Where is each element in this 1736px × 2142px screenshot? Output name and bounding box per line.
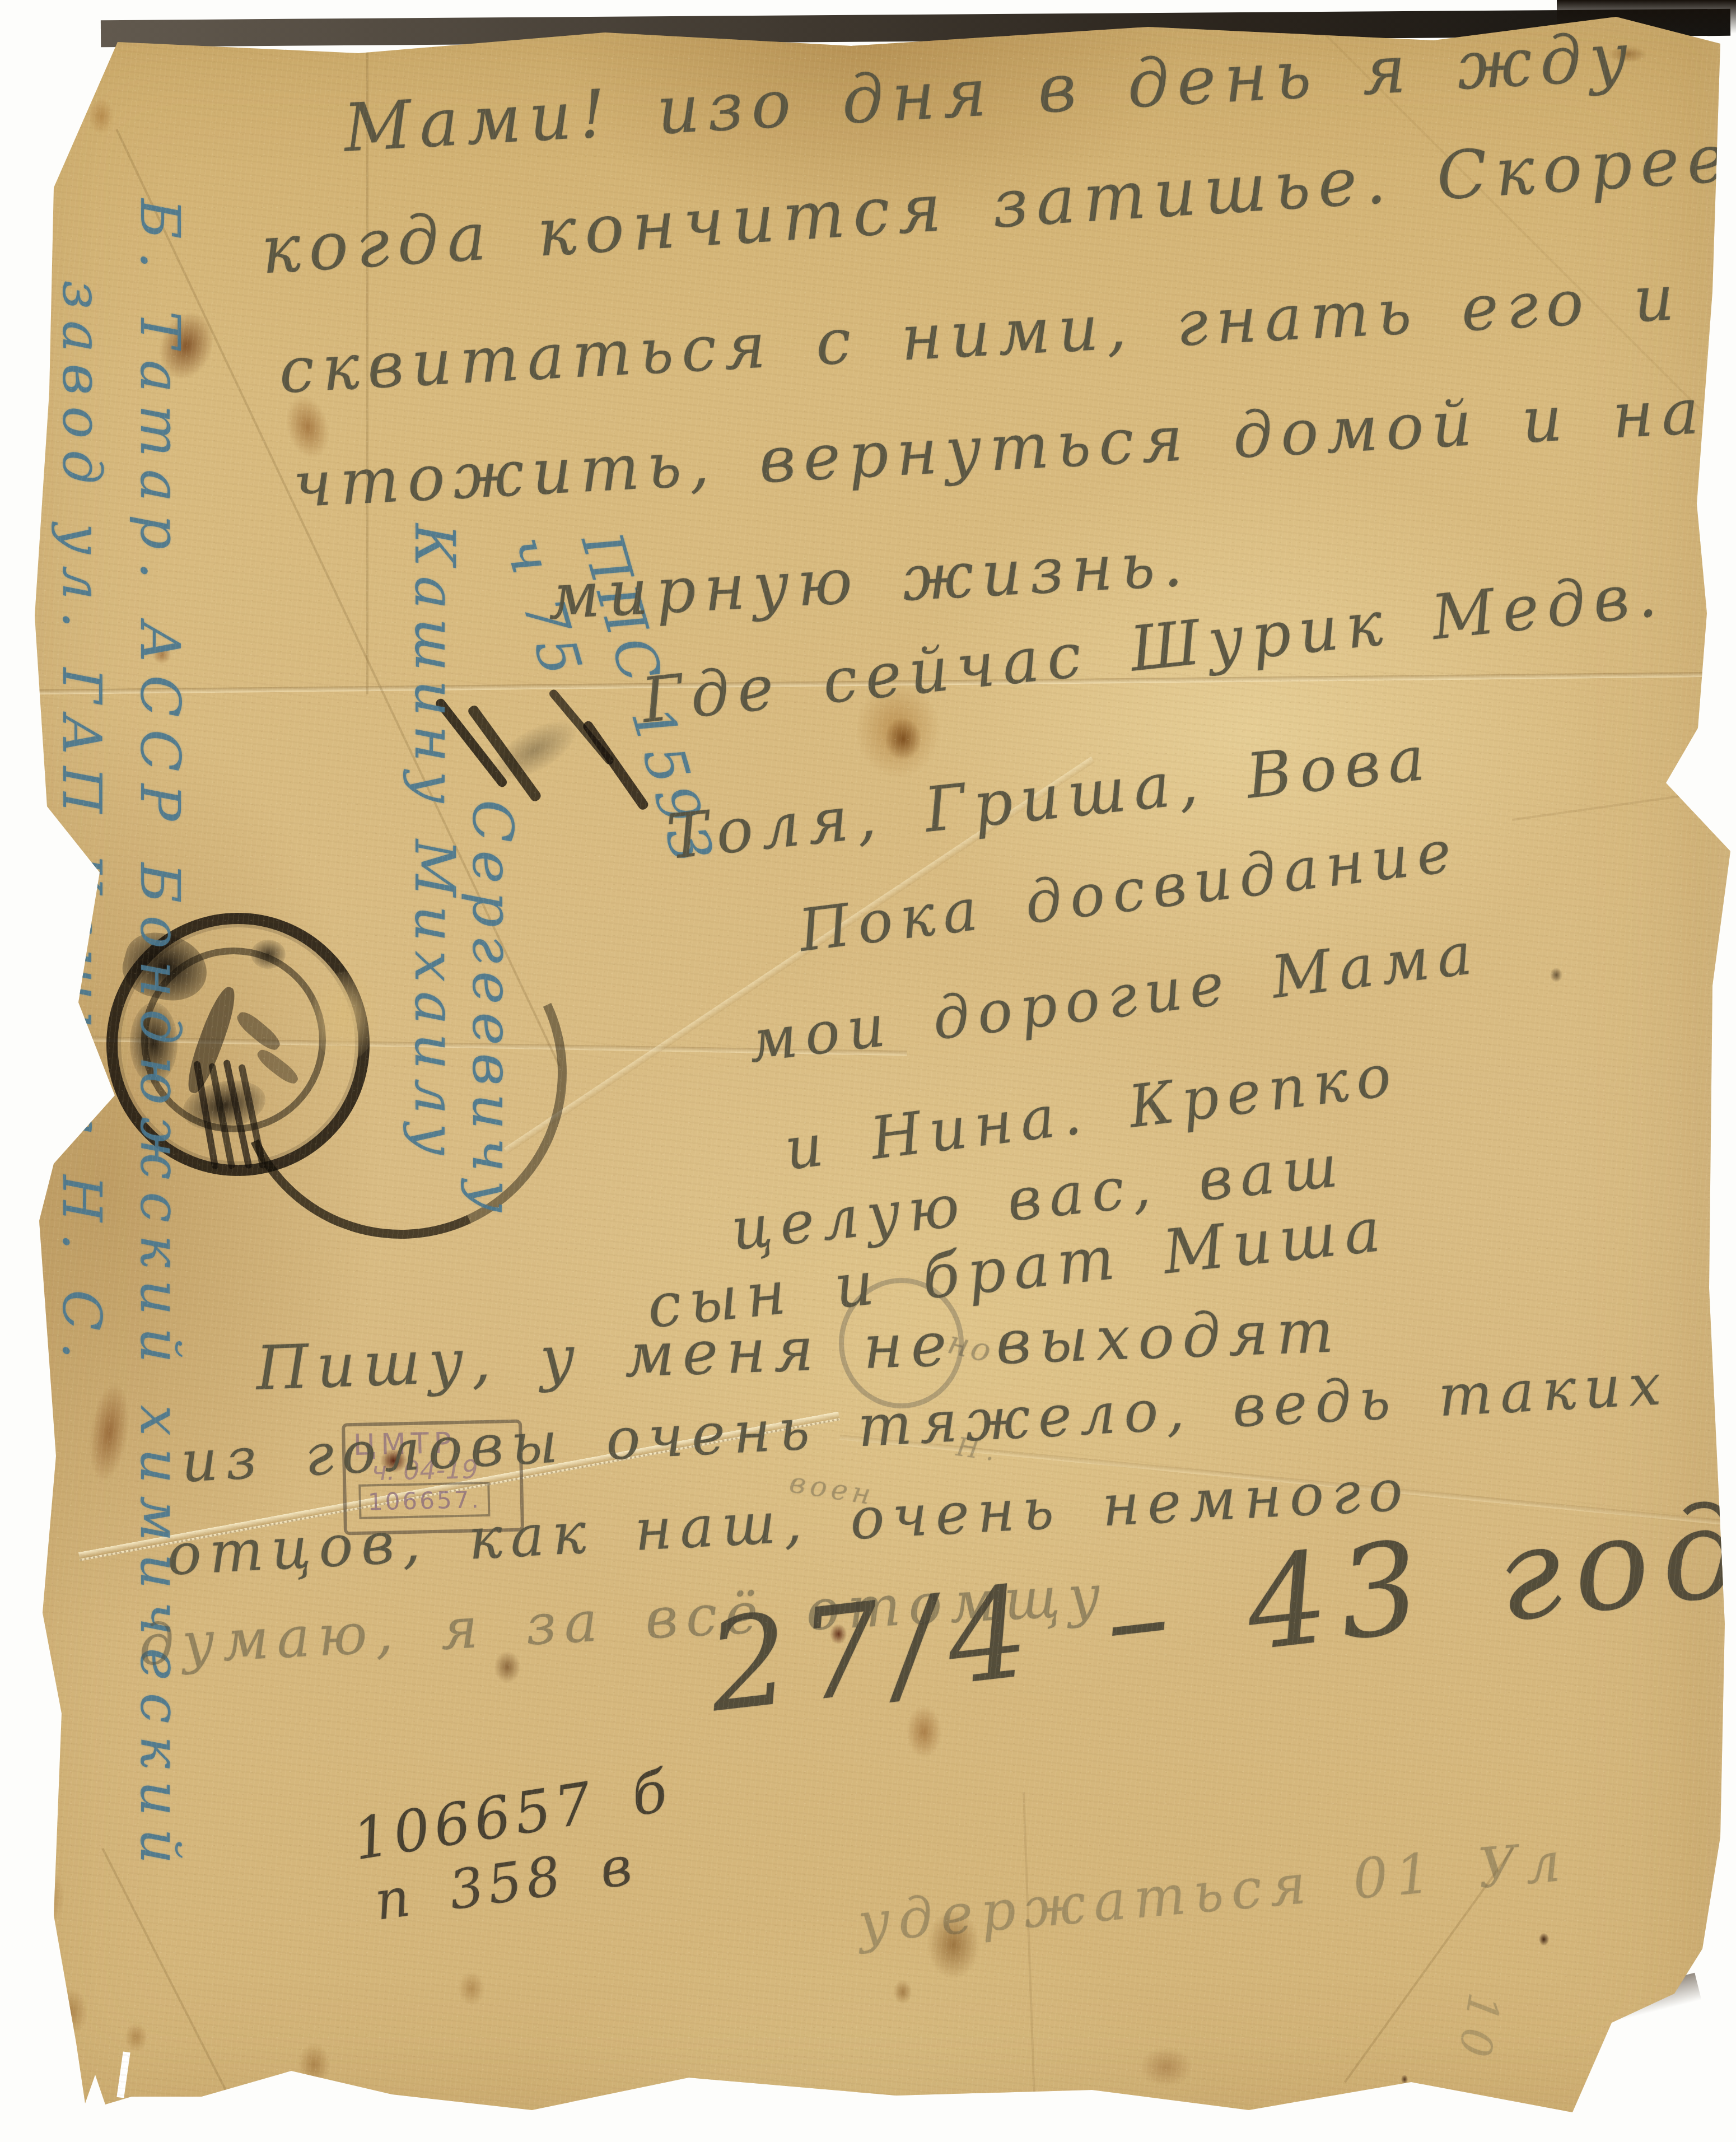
- address-left-line-2: завод ул. ГАП Кашина Н. С.: [50, 280, 113, 1370]
- stain: [45, 62, 81, 115]
- stain: [885, 718, 921, 760]
- addressee-line-2: Сергеевичу: [460, 800, 525, 1220]
- stain: [88, 98, 114, 134]
- stain: [53, 1988, 88, 2036]
- stain: [458, 1971, 485, 2006]
- stain: [1550, 968, 1562, 982]
- signature-scribble: удержаться 01 Ул: [856, 1830, 1571, 1955]
- scanned-letter-page: но воен Н. ЦМТР ч. 04-19 106657. 106657 …: [0, 0, 1736, 2142]
- letter-sheet: но воен Н. ЦМТР ч. 04-19 106657. 106657 …: [0, 0, 1736, 2142]
- stain: [22, 1865, 64, 1929]
- fold-crease: [1512, 792, 1704, 821]
- ghost-offset-mark: 10: [1447, 1989, 1509, 2068]
- stain: [84, 1381, 134, 1483]
- stain: [1401, 2075, 1408, 2084]
- postmark-wear: [311, 972, 378, 1061]
- addressee-line-1: Кашину Михаилу: [402, 524, 468, 1165]
- stain: [1140, 2047, 1193, 2087]
- stain: [1539, 1933, 1549, 1945]
- tear-slit: [116, 2051, 130, 2098]
- stain: [893, 1980, 912, 2004]
- stain: [124, 2023, 148, 2052]
- stain: [298, 2043, 330, 2087]
- vertical-crease: [1023, 1792, 1036, 2111]
